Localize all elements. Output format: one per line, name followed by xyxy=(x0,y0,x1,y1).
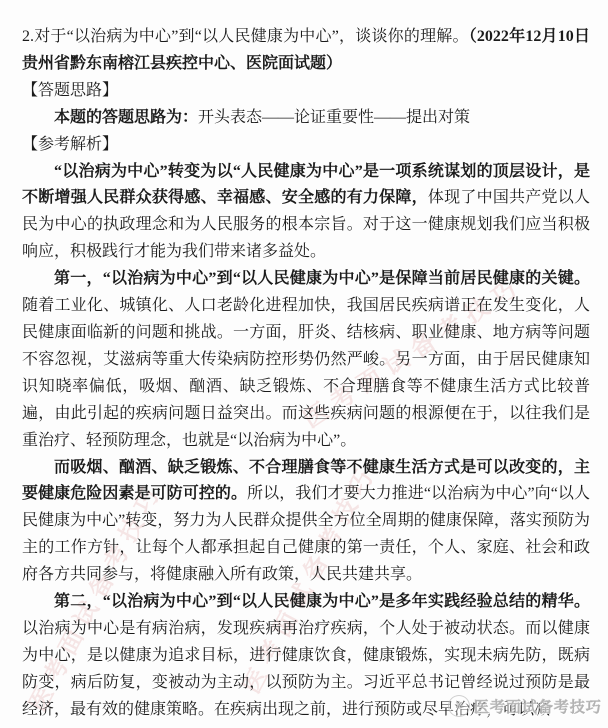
outline-lead: 本题的答题思路为： xyxy=(54,109,198,126)
paragraph-4-bold: 第二，“以治病为中心”到“以人民健康为中心”是多年实践经验总结的精华。 xyxy=(54,593,590,610)
answer-outline-line: 本题的答题思路为：开头表态——论证重要性——提出对策 xyxy=(22,105,590,132)
answer-outline-label: 【答题思路】 xyxy=(22,78,590,105)
analysis-paragraph-3: 而吸烟、酗酒、缺乏锻炼、不合理膳食等不健康生活方式是可以改变的，主要健康危险因素… xyxy=(22,455,590,590)
paragraph-2-text: 随着工业化、城镇化、人口老龄化进程加快，我国居民疾病谱正在发生变化，人民健康面临… xyxy=(22,297,590,449)
question-text: 2.对于“以治病为中心”到“以人民健康为中心”，谈谈你的理解。 xyxy=(22,28,469,45)
analysis-paragraph-2: 第一，“以治病为中心”到“以人民健康为中心”是保障当前居民健康的关键。随着工业化… xyxy=(22,266,590,454)
question: 2.对于“以治病为中心”到“以人民健康为中心”，谈谈你的理解。（2022年12月… xyxy=(22,24,590,78)
analysis-paragraph-1: “以治病为中心”转变为以“人民健康为中心”是一项系统谋划的顶层设计，是不断增强人… xyxy=(22,159,590,267)
paragraph-4-text: 以治病为中心是有病治病，发现疾病再治疗疾病，个人处于被动状态。而以健康为中心，是… xyxy=(22,620,590,718)
analysis-paragraph-4: 第二，“以治病为中心”到“以人民健康为中心”是多年实践经验总结的精华。以治病为中… xyxy=(22,589,590,724)
outline-body: 开头表态——论证重要性——提出对策 xyxy=(198,109,470,126)
document-body: 2.对于“以治病为中心”到“以人民健康为中心”，谈谈你的理解。（2022年12月… xyxy=(0,0,608,724)
paragraph-2-bold: 第一，“以治病为中心”到“以人民健康为中心”是保障当前居民健康的关键。 xyxy=(54,270,590,287)
analysis-label: 【参考解析】 xyxy=(22,132,590,159)
document-page: 医考面试备考技巧 医考面试备考技巧 医考面试备考技巧 2.对于“以治病为中心”到… xyxy=(0,0,608,728)
